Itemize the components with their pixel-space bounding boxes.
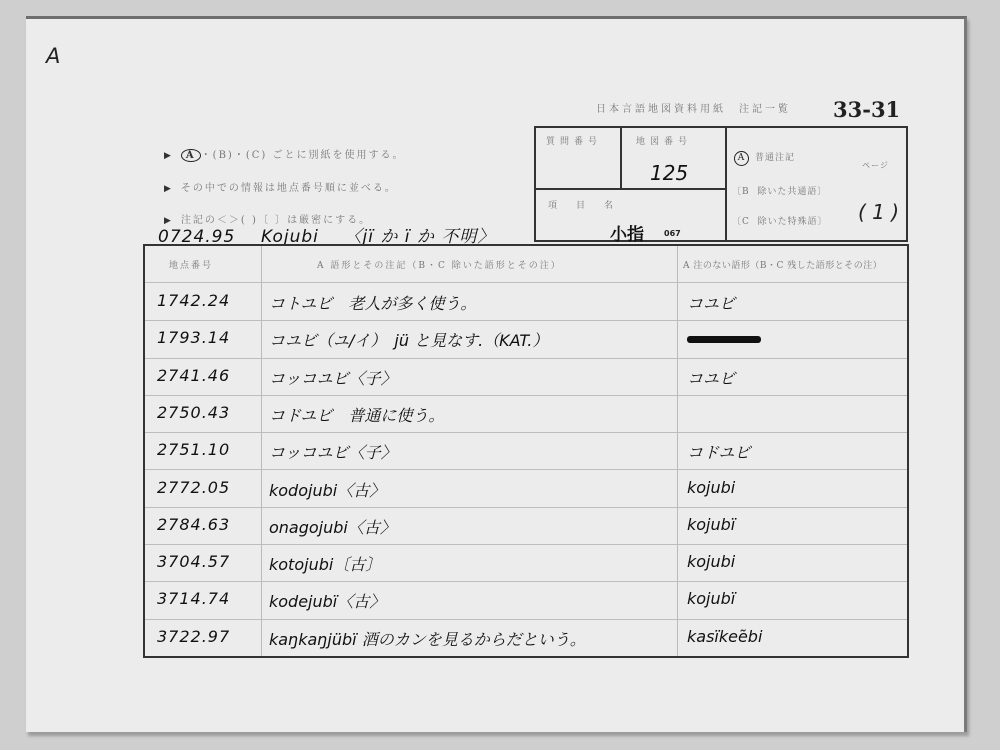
item-code: 067 [664,229,681,238]
location-number: 2772.05 [157,478,230,497]
form-with-note: kaŋkaŋjübï 酒のカンを見るからだという。 [269,627,586,650]
location-number: 3722.97 [157,627,230,646]
table-row: 1793.14コユビ（ユ/イ） jü と見なす.（KAT.） [145,320,907,358]
instruction-text: ・(B)・(C) ごとに別紙を使用する。 [201,150,405,161]
divider [536,188,726,190]
plain-form: kojubi [687,478,735,497]
page-label: ページ [862,160,889,171]
plain-form: コドユビ [687,440,750,463]
map-number-value: 125 [650,161,688,185]
header-location-number: 地点番号 [169,258,213,271]
table-row: 1742.24コトユビ 老人が多く使う。コユビ [145,283,907,321]
location-number: 1742.24 [157,291,230,310]
form-with-note: kodojubi〈古〉 [269,478,385,501]
form-title: 日本言語地図資料用紙 注記一覧 [596,100,791,115]
plain-form: kojubï [687,589,735,608]
plain-form [687,328,761,347]
table-row: 3722.97kaŋkaŋjübï 酒のカンを見るからだという。kasïkeẽb… [145,619,907,656]
plain-form: コユビ [687,366,735,389]
item-name-label: 項 目 名 [548,198,618,211]
option-label: 除いた特殊語〕 [758,217,828,227]
bullet-triangle-icon: ▶ [164,184,173,194]
header-form-with-notes: A 語形とその注記（B・C 除いた語形とその注） [317,258,562,271]
form-with-note: コッコユビ〈子〉 [269,366,397,389]
form-with-note: onagojubi〈古〉 [269,515,396,538]
bullet-triangle-icon: ▶ [164,151,173,161]
table-row: 2741.46コッコユビ〈子〉コユビ [145,358,907,396]
page-number: ( 1 ) [858,200,899,224]
form-with-note: コッコユビ〈子〉 [269,440,397,463]
table-row: 2751.10コッコユビ〈子〉コドユビ [145,432,907,470]
map-number-label: 地図番号 [636,134,692,147]
instruction-text: その中での情報は地点番号順に並べる。 [181,183,397,194]
table-row: 2784.63onagojubi〈古〉kojubï [145,507,907,545]
form-with-note: kodejubï〈古〉 [269,589,385,612]
instruction-2: ▶その中での情報は地点番号順に並べる。 [164,179,397,194]
form-with-note: コドユビ 普通に使う。 [269,403,444,426]
form-with-note: コユビ（ユ/イ） jü と見なす.（KAT.） [269,328,548,351]
location-number: 2750.43 [157,403,230,422]
header-form-without-notes: A 注のない語形（B・C 残した語形とその注） [683,258,882,271]
location-number: 2751.10 [157,440,230,459]
plain-form: kasïkeẽbi [687,627,762,646]
plain-form: kojubï [687,515,735,534]
location-number: 1793.14 [157,328,230,347]
option-mark: 〔C [732,217,750,227]
header-box: 質問番号 地図番号 125 項 目 名 小指 067 A普通注記 〔B 除いた共… [534,126,908,242]
instruction-1: ▶A・(B)・(C) ごとに別紙を使用する。 [164,146,404,162]
location-number: 2784.63 [157,515,230,534]
entries-table: 地点番号 A 語形とその注記（B・C 除いた語形とその注） A 注のない語形（B… [143,244,909,658]
location-number: 3714.74 [157,589,230,608]
plain-form: kojubi [687,552,735,571]
option-c: 〔C 除いた特殊語〕 [732,214,828,227]
table-header-row: 地点番号 A 語形とその注記（B・C 除いた語形とその注） A 注のない語形（B… [145,246,907,283]
table-row: 3714.74kodejubï〈古〉kojubï [145,581,907,619]
question-number-label: 質問番号 [546,134,602,147]
option-label: 除いた共通語〕 [757,187,827,197]
form-with-note: コトユビ 老人が多く使う。 [269,291,476,314]
form-with-note: kotojubi〔古〕 [269,552,381,575]
table-row: 2750.43コドユビ 普通に使う。 [145,395,907,433]
form-number: 33-31 [833,97,900,122]
divider [620,128,622,188]
table-row: 2772.05kodojubi〈古〉kojubi [145,470,907,508]
location-number: 2741.46 [157,366,230,385]
plain-form: コユビ [687,291,735,314]
item-name-value: 小指 [610,220,644,245]
divider [725,128,727,242]
circled-option-mark: A [734,151,749,166]
option-mark: 〔B [732,187,750,197]
circled-a-mark: A [181,149,201,162]
option-a: A普通注記 [734,150,795,166]
location-number: 3704.57 [157,552,230,571]
corner-letter: A [46,44,60,68]
table-row: 3704.57kotojubi〔古〕kojubi [145,544,907,582]
option-label: 普通注記 [755,153,795,163]
option-b: 〔B 除いた共通語〕 [732,184,827,197]
struck-out-mark [687,336,761,343]
